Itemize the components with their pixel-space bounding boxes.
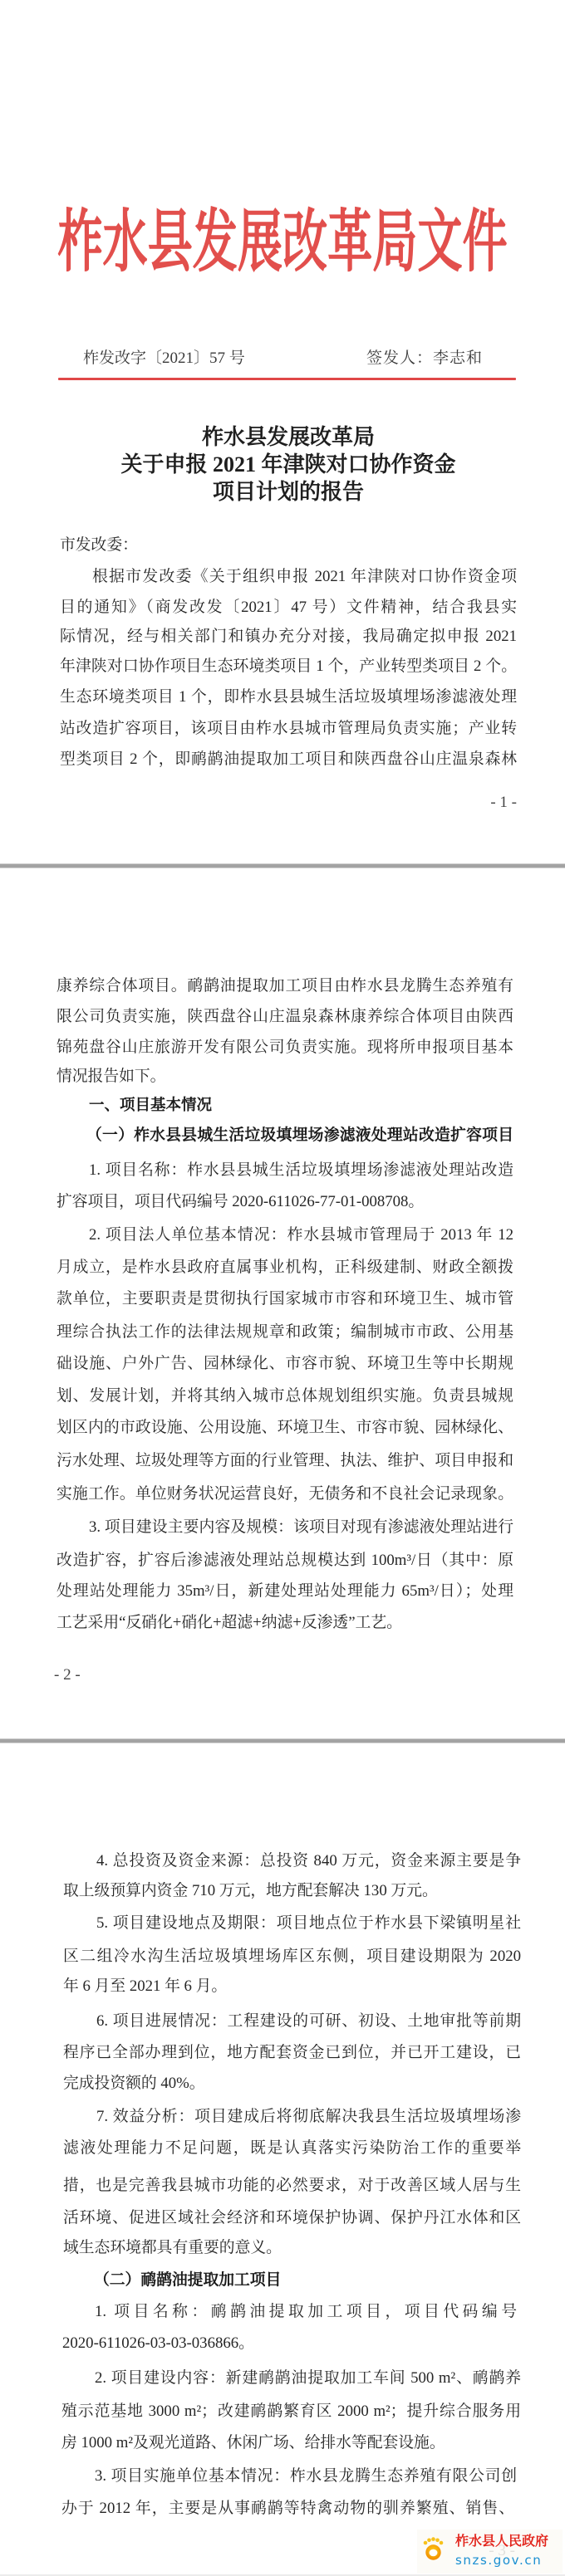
page-2: 康养综合体项目。鸸鹋油提取加工项目由柞水县龙腾生态养殖有 限公司负责实施，陕西盘… (0, 868, 565, 1739)
red-divider-rule (58, 378, 516, 380)
paragraph-line: 扩容项目，项目代码编号 2020-611026-77-01-008708。 (56, 1191, 424, 1213)
paragraph-line: 划区内的市政设施、公用设施、环境卫生、市容市貌、园林绿化、 (56, 1417, 513, 1439)
paragraph-line: 际情况，经与相关部门和镇办充分对接，我局确定拟申报 2021 (60, 626, 517, 648)
watermark-site-name: 柞水县人民政府 (455, 2534, 548, 2550)
paragraph-line: 款单位，主要职责是贯彻执行国家城市市容和环境卫生、城市管 (56, 1288, 513, 1310)
paragraph-line: 完成投资额的 40%。 (63, 2073, 205, 2095)
paragraph-line: 1. 项目名称：柞水县县城生活垃圾填埋场渗滤液处理站改造 (89, 1160, 513, 1181)
paragraph-line: 锦苑盘谷山庄旅游开发有限公司负责实施。现将所申报项目基本 (56, 1037, 513, 1058)
paragraph-line: 3. 项目建设主要内容及规模：该项目对现有渗滤液处理站进行 (89, 1517, 513, 1538)
subsection-heading: （一）柞水县县城生活垃圾填埋场渗滤液处理站改造扩容项目 (86, 1125, 513, 1146)
document-number: 柞发改字〔2021〕57 号 (83, 348, 245, 369)
page-3: 4. 总投资及资金来源：总投资 840 万元，资金来源主要是争 取上级预算内资金… (0, 1743, 565, 2576)
paragraph-line: 生态环境类项目 1 个，即柞水县县城生活垃圾填埋场渗滤液处理 (60, 687, 517, 708)
paragraph-line: 康养综合体项目。鸸鹋油提取加工项目由柞水县龙腾生态养殖有 (56, 975, 513, 997)
paragraph-line: 月成立，是柞水县政府直属事业机构，正科级建制、财政全额拨 (56, 1257, 513, 1278)
salutation: 市发改委： (60, 535, 138, 556)
watermark-domain: snzs.gov.cn (455, 2552, 542, 2569)
paragraph-line: 限公司负责实施，陕西盘谷山庄温泉森林康养综合体项目由陕西 (56, 1006, 513, 1028)
paragraph-line: 2. 项目建设内容：新建鸸鹋油提取加工车间 500 m²、鸸鹋养 (95, 2368, 521, 2389)
page-number: - 2 - (54, 1664, 81, 1686)
paragraph-line: 殖示范基地 3000 m²；改建鸸鹋繁育区 2000 m²；提升综合服务用 (61, 2401, 521, 2422)
paragraph-line: 域生态环境都具有重要的意义。 (63, 2237, 282, 2259)
red-header-title: 柞水县发展改革局文件 (0, 208, 565, 277)
paragraph-line: 房 1000 m²及观光道路、休闲广场、给排水等配套设施。 (61, 2432, 445, 2454)
paragraph-line: 年津陕对口协作项目生态环境类项目 1 个，产业转型类项目 2 个。 (60, 656, 517, 677)
paragraph-line: 取上级预算内资金 710 万元，地方配套解决 130 万元。 (63, 1880, 438, 1902)
page-1: 柞水县发展改革局文件 柞发改字〔2021〕57 号 签发人：李志和 柞水县发展改… (0, 0, 565, 864)
paragraph-line: 实施工作。单位财务状况运营良好，无债务和不良社会记录现象。 (56, 1484, 513, 1505)
watermark: 柞水县人民政府 snzs.gov.cn (417, 2530, 563, 2574)
paragraph-line: 改造扩容，扩容后渗滤液处理站总规模达到 100m³/日（其中：原 (56, 1550, 513, 1572)
paragraph-line: 4. 总投资及资金来源：总投资 840 万元，资金来源主要是争 (96, 1850, 521, 1872)
report-title-line: 项目计划的报告 (6, 478, 565, 506)
paragraph-line: 础设施、户外广告、园林绿化、市容市貌、环境卫生等中长期规 (56, 1353, 513, 1375)
paragraph-line: 站改造扩容项目，该项目由柞水县城市管理局负责实施；产业转 (60, 718, 517, 740)
paragraph-line: 处理站处理能力 35m³/日，新建处理站处理能力 65m³/日）；处理 (56, 1581, 513, 1602)
paragraph-line: 3. 项目实施单位基本情况：柞水县龙腾生态养殖有限公司创 (95, 2466, 517, 2487)
issuer-signature: 签发人：李志和 (366, 348, 483, 369)
paragraph-line: 措，也是完善我县城市功能的必然要求，对于改善区域人居与生 (63, 2175, 521, 2197)
paragraph-line: 程序已全部办理到位，地方配套资金已到位，并已开工建设，已 (63, 2042, 521, 2064)
paragraph-line: 办于 2012 年，主要是从事鸸鹋等特禽动物的驯养繁殖、销售、 (61, 2498, 514, 2520)
paragraph-line: 工艺采用“反硝化+硝化+超滤+纳滤+反渗透”工艺。 (56, 1612, 402, 1634)
section-heading: 一、项目基本情况 (89, 1095, 212, 1117)
paragraph-line: 划、发展计划，并将其纳入城市总体规划组织实施。负责县城规 (56, 1386, 513, 1407)
paragraph-line: 1. 项目名称：鸸鹋油提取加工项目，项目代码编号 (95, 2301, 517, 2323)
paragraph-line: 6. 项目进展情况：工程建设的可研、初设、土地审批等前期 (96, 2011, 521, 2032)
paragraph-line: 区二组冷水沟生活垃圾填埋场库区东侧，项目建设期限为 2020 (63, 1946, 521, 1967)
paragraph-line: 7. 效益分析：项目建成后将彻底解决我县生活垃圾填埋场渗 (96, 2106, 521, 2128)
paragraph-line: 根据市发改委《关于组织申报 2021 年津陕对口协作资金项 (92, 566, 517, 588)
paragraph-line: 年 6 月至 2021 年 6 月。 (63, 1976, 227, 1997)
paragraph-line: 目的通知》（商发改发〔2021〕47 号）文件精神，结合我县实 (60, 597, 517, 618)
report-title-line: 关于申报 2021 年津陕对口协作资金 (6, 451, 565, 479)
paragraph-line: 2020-611026-03-03-036866。 (62, 2333, 254, 2354)
subsection-heading: （二）鸸鹋油提取加工项目 (94, 2270, 281, 2291)
paragraph-line: 污水处理、垃圾处理等方面的行业管理、执法、维护、项目申报和 (56, 1450, 513, 1472)
paragraph-line: 型类项目 2 个，即鸸鹋油提取加工项目和陕西盘谷山庄温泉森林 (60, 749, 517, 770)
paragraph-line: 情况报告如下。 (56, 1066, 165, 1088)
document-viewer: 柞水县发展改革局文件 柞发改字〔2021〕57 号 签发人：李志和 柞水县发展改… (0, 0, 565, 2576)
paragraph-line: 2. 项目法人单位基本情况：柞水县城市管理局于 2013 年 12 (89, 1224, 513, 1246)
paragraph-line: 滤液处理能力不足问题，既是认真落实污染防治工作的重要举 (63, 2138, 521, 2159)
red-header-title-text: 柞水县发展改革局文件 (57, 208, 507, 277)
sun-logo-icon (420, 2536, 446, 2561)
paragraph-line: 理综合执法工作的法律法规规章和政策；编制城市市政、公用基 (56, 1322, 513, 1343)
page-number: - 1 - (490, 792, 517, 814)
paragraph-line: 5. 项目建设地点及期限：项目地点位于柞水县下梁镇明星社 (96, 1913, 521, 1934)
paragraph-line: 活环境、促进区域社会经济和环境保护协调、保护丹江水体和区 (63, 2207, 521, 2229)
report-title-line: 柞水县发展改革局 (6, 423, 565, 452)
